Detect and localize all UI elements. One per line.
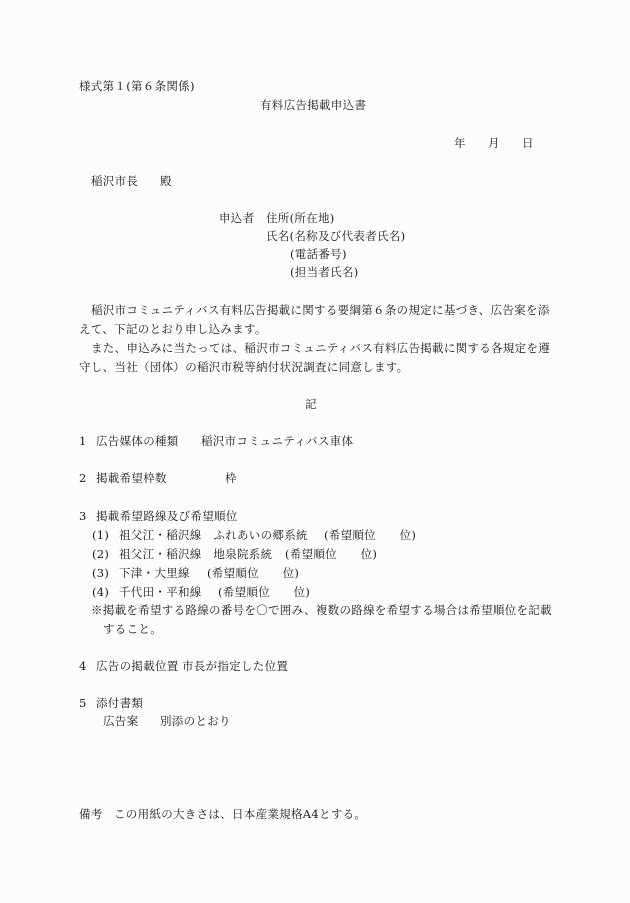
route-4-number: (4) [92, 587, 109, 599]
date-day: 日 [522, 138, 534, 150]
form-label: 様式第１(第６条関係) [79, 81, 195, 93]
body-para2-line2: 守し、当社（団体）の稲沢市税等納付状況調査に同意します。 [79, 362, 408, 374]
applicant-label: 申込者 [219, 213, 254, 225]
item1-label: 広告媒体の種類 [96, 436, 179, 448]
route-3-name: 下津・大里線 [119, 568, 190, 580]
route-2-number: (2) [92, 549, 109, 561]
addressee-name: 稲沢市長 [91, 176, 138, 188]
item2-value: 枠 [225, 473, 237, 485]
item2-number: 2 [79, 473, 87, 485]
remarks-label: 備考 [79, 809, 103, 821]
item4-label: 広告の掲載位置 [96, 661, 179, 673]
addressee-honorific: 殿 [160, 176, 172, 188]
route-1-number: (1) [92, 530, 109, 542]
body-para1-line1: 稲沢市コミュニティバス有料広告掲載に関する要綱第６条の規定に基づき、広告案を添 [91, 305, 550, 317]
item5-sub-value: 別添のとおり [160, 716, 231, 728]
item3-label: 掲載希望路線及び希望順位 [96, 511, 238, 523]
page-title: 有料広告掲載申込書 [260, 100, 366, 112]
route-1-rank: (希望順位 位) [324, 530, 416, 542]
item5-sub-label: 広告案 [103, 716, 138, 728]
applicant-contact-field: (担当者氏名) [290, 267, 359, 279]
route-3-rank: (希望順位 位) [207, 568, 299, 580]
route-4-rank: (希望順位 位) [218, 587, 310, 599]
route-note-line2: すること。 [103, 624, 162, 636]
route-1-name: 祖父江・稲沢線 ふれあいの郷系統 [119, 530, 308, 542]
item2-label: 掲載希望枠数 [96, 473, 167, 485]
item1-number: 1 [79, 436, 87, 448]
route-2-name: 祖父江・稲沢線 地泉院系統 [119, 549, 272, 561]
body-para2-line1: また、申込みに当たっては、稲沢市コミュニティバス有料広告掲載に関する各規定を遵 [91, 343, 550, 355]
remarks-text: この用紙の大きさは、日本産業規格A4とする。 [114, 809, 366, 821]
applicant-phone-field: (電話番号) [290, 249, 347, 261]
item5-number: 5 [79, 698, 87, 710]
route-2-rank: (希望順位 位) [285, 549, 377, 561]
applicant-address-field: 住所(所在地) [266, 213, 335, 225]
item5-label: 添付書類 [96, 698, 143, 710]
route-4-name: 千代田・平和線 [119, 587, 202, 599]
ki-heading: 記 [305, 399, 317, 411]
applicant-name-field: 氏名(名称及び代表者氏名) [266, 231, 405, 243]
item4-number: 4 [79, 661, 87, 673]
date-year: 年 [454, 138, 466, 150]
body-para1-line2: えて、下記のとおり申し込みます。 [79, 324, 267, 336]
item3-number: 3 [79, 511, 87, 523]
date-month: 月 [488, 138, 500, 150]
item4-value: 市長が指定した位置 [182, 661, 288, 673]
route-note-line1: ※掲載を希望する路線の番号を〇で囲み、複数の路線を希望する場合は希望順位を記載 [91, 605, 552, 617]
item1-value: 稲沢市コミュニティバス車体 [201, 436, 353, 448]
route-3-number: (3) [92, 568, 109, 580]
